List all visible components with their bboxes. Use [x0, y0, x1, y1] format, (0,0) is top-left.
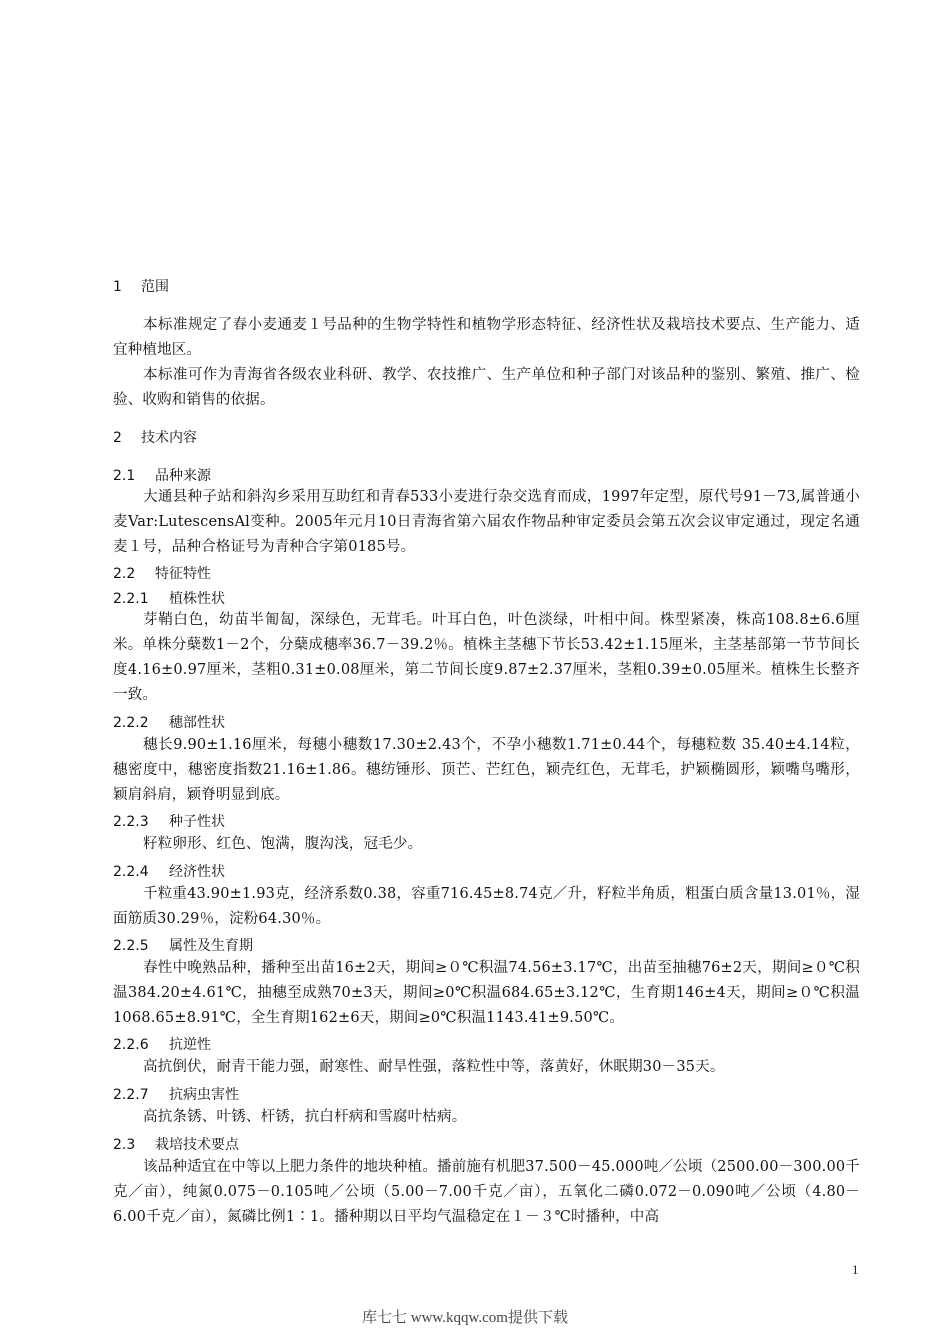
section-number: 2.2.3 — [113, 812, 169, 832]
section-title: 穗部性状 — [169, 715, 225, 731]
section-title: 属性及生育期 — [169, 938, 253, 954]
section-title: 抗逆性 — [169, 1037, 211, 1053]
section-title: 抗病虫害性 — [169, 1087, 239, 1103]
section-title: 特征特性 — [155, 566, 211, 582]
section-title: 范围 — [141, 279, 169, 295]
subsection-heading-2-2-1: 2.2.1植株性状 — [113, 589, 225, 609]
subsection-heading-2-2-4: 2.2.4经济性状 — [113, 862, 225, 882]
stress-resistance-paragraph: 高抗倒伏，耐青干能力强，耐寒性、耐旱性强，落粒性中等，落黄好，休眠期30－35天… — [113, 1055, 860, 1080]
section-title: 栽培技术要点 — [155, 1137, 239, 1153]
section-title: 种子性状 — [169, 814, 225, 830]
subsection-heading-2-2: 2.2特征特性 — [113, 564, 211, 584]
subsection-heading-2-1: 2.1品种来源 — [113, 466, 211, 486]
section-number: 2.2.5 — [113, 936, 169, 956]
seed-traits-paragraph: 籽粒卵形、红色、饱满，腹沟浅，冠毛少。 — [113, 832, 860, 857]
growth-period-paragraph: 春性中晚熟品种，播种至出苗16±2天，期间≥０℃积温74.56±3.17℃，出苗… — [113, 956, 860, 1031]
scope-paragraph-2: 本标准可作为青海省各级农业科研、教学、农技推广、生产单位和种子部门对该品种的鉴别… — [113, 363, 860, 413]
scope-paragraph-1: 本标准规定了春小麦通麦１号品种的生物学特性和植物学形态特征、经济性状及栽培技术要… — [113, 313, 860, 363]
subsection-heading-2-2-3: 2.2.3种子性状 — [113, 812, 225, 832]
economic-traits-paragraph: 千粒重43.90±1.93克，经济系数0.38，容重716.45±8.74克／升… — [113, 882, 860, 932]
section-number: 2.2.1 — [113, 589, 169, 609]
section-number: 2.2.4 — [113, 862, 169, 882]
footer-watermark: 库七七 www.kqqw.com提供下载 — [362, 1306, 568, 1327]
section-title: 植株性状 — [169, 591, 225, 607]
subsection-heading-2-2-2: 2.2.2穗部性状 — [113, 713, 225, 733]
section-number: 2.2.7 — [113, 1085, 169, 1105]
section-title: 品种来源 — [155, 468, 211, 484]
subsection-heading-2-3: 2.3栽培技术要点 — [113, 1135, 239, 1155]
page-number: 1 — [852, 1262, 859, 1278]
section-heading-1: 1范围 — [113, 277, 169, 297]
section-number: 2.2 — [113, 564, 155, 584]
cultivation-paragraph: 该品种适宜在中等以上肥力条件的地块种植。播前施有机肥37.500－45.000吨… — [113, 1155, 860, 1230]
section-number: 2 — [113, 428, 141, 448]
section-number: 2.1 — [113, 466, 155, 486]
subsection-heading-2-2-5: 2.2.5属性及生育期 — [113, 936, 253, 956]
section-title: 技术内容 — [141, 430, 197, 446]
subsection-heading-2-2-6: 2.2.6抗逆性 — [113, 1035, 211, 1055]
section-number: 2.2.6 — [113, 1035, 169, 1055]
section-title: 经济性状 — [169, 864, 225, 880]
section-number: 2.2.2 — [113, 713, 169, 733]
disease-resistance-paragraph: 高抗条锈、叶锈、杆锈，抗白杆病和雪腐叶枯病。 — [113, 1105, 860, 1130]
spike-traits-paragraph: 穗长9.90±1.16厘米，每穗小穗数17.30±2.43个，不孕小穗数1.71… — [113, 733, 860, 808]
plant-traits-paragraph: 芽鞘白色，幼苗半匍匐，深绿色，无茸毛。叶耳白色，叶色淡绿，叶相中间。株型紧凑，株… — [113, 608, 860, 708]
section-heading-2: 2技术内容 — [113, 428, 197, 448]
section-number: 1 — [113, 277, 141, 297]
subsection-heading-2-2-7: 2.2.7抗病虫害性 — [113, 1085, 239, 1105]
section-number: 2.3 — [113, 1135, 155, 1155]
variety-origin-paragraph: 大通县种子站和斜沟乡采用互助红和青春533小麦进行杂交选育而成，1997年定型，… — [113, 485, 860, 560]
